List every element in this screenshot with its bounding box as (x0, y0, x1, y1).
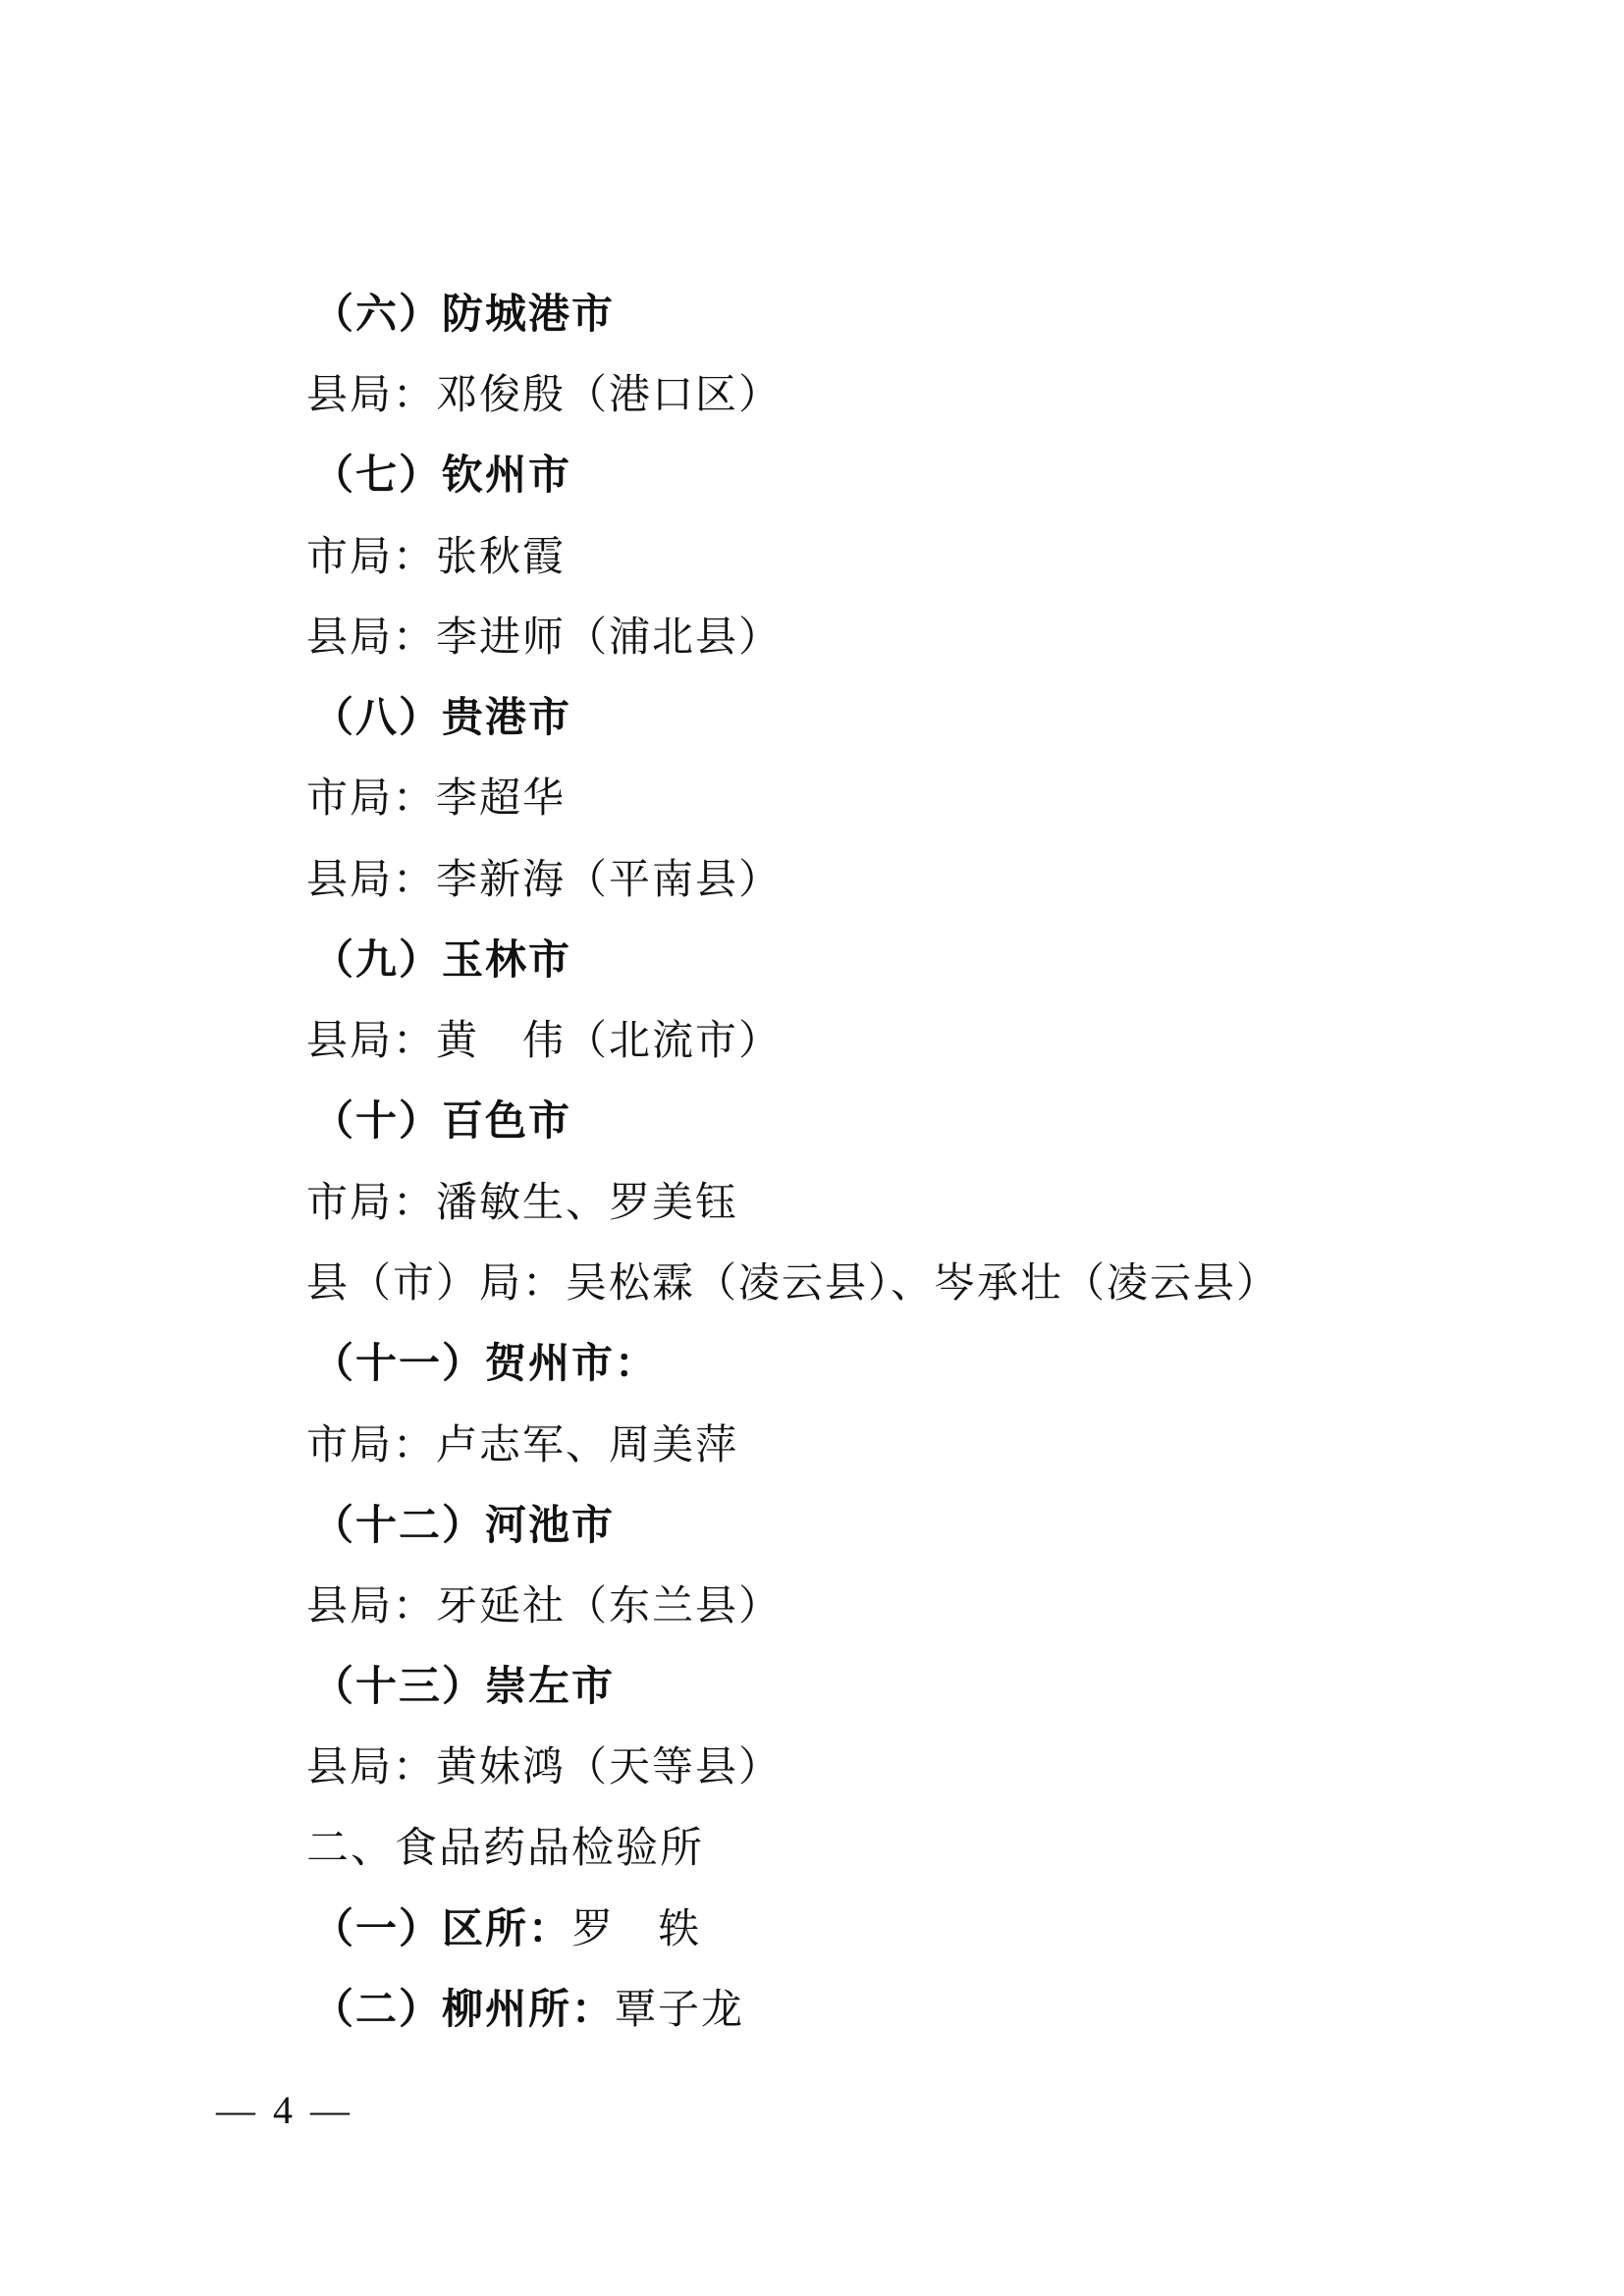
entry-value: 罗 轶 (571, 1904, 701, 1952)
entry-line: 县局：邓俊殷（港口区） (306, 365, 782, 424)
heading-fangchenggang: （六）防城港市 (312, 285, 615, 344)
entry-line: 县局：李新海（平南县） (306, 850, 782, 909)
heading-yulin: （九）玉林市 (312, 931, 571, 989)
entry-line: 县（市）局：吴松霖（凌云县）、岑承壮（凌云县） (306, 1254, 1279, 1312)
entry-line: 市局：卢志军、周美萍 (306, 1415, 738, 1474)
heading-chongzuo: （十三）崇左市 (312, 1657, 615, 1716)
heading-hezhou: （十一）贺州市： (312, 1334, 658, 1393)
entry-label: （二）柳州所： (312, 1985, 615, 2033)
entry-line: 县局：李进师（浦北县） (306, 608, 782, 667)
entry-label: （一）区所： (312, 1904, 571, 1952)
heading-hechi: （十二）河池市 (312, 1496, 615, 1555)
entry-line: 县局：牙延社（东兰县） (306, 1576, 782, 1635)
entry-regional-lab: （一）区所：罗 轶 (312, 1899, 701, 1958)
heading-guigang: （八）贵港市 (312, 688, 571, 747)
heading-qinzhou: （七）钦州市 (312, 446, 571, 505)
entry-line: 市局：潘敏生、罗美钰 (306, 1173, 738, 1232)
entry-line: 县局：黄 伟（北流市） (306, 1011, 782, 1070)
document-page: （六）防城港市 县局：邓俊殷（港口区） （七）钦州市 市局：张秋霞 县局：李进师… (0, 0, 1624, 2296)
entry-liuzhou-lab: （二）柳州所：覃子龙 (312, 1980, 744, 2039)
section-heading-food-drug-lab: 二、食品药品检验所 (306, 1819, 704, 1878)
heading-baise: （十）百色市 (312, 1092, 571, 1150)
entry-value: 覃子龙 (615, 1985, 744, 2033)
entry-line: 市局：李超华 (306, 769, 566, 828)
entry-line: 县局：黄妹鸿（天等县） (306, 1737, 782, 1796)
entry-line: 市局：张秋霞 (306, 527, 566, 586)
page-number: — 4 — (216, 2081, 353, 2140)
